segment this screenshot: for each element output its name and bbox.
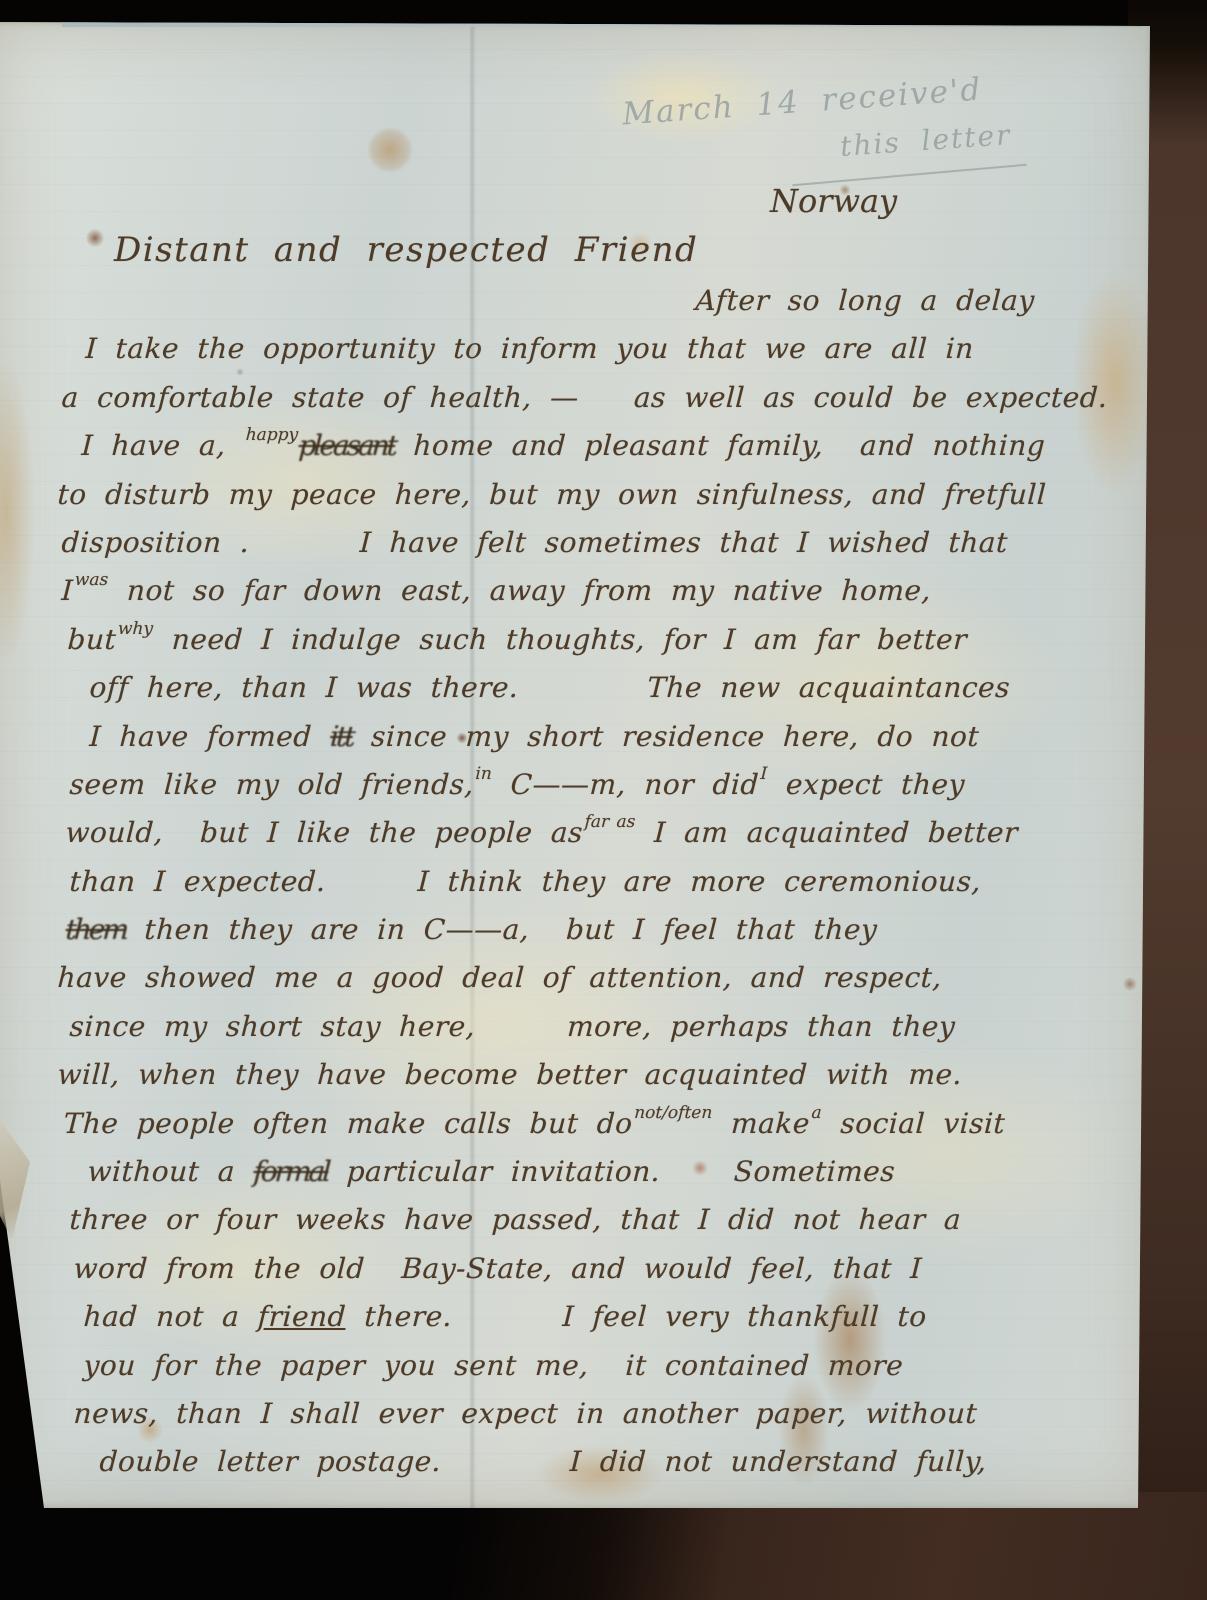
letter-line: news, than I shall ever expect in anothe… xyxy=(54,1397,1117,1445)
inserted-word: I xyxy=(760,764,768,784)
letter-line: word from the old Bay-State, and would f… xyxy=(54,1252,1117,1300)
letter-line: have showed me a good deal of attention,… xyxy=(54,961,1117,1009)
text-run: seem like my old friends, xyxy=(69,768,475,801)
text-run: not so far down east, away from my nativ… xyxy=(108,574,932,607)
letter-line: butwhy need I indulge such thoughts, for… xyxy=(54,623,1117,671)
inserted-word: was xyxy=(74,570,108,590)
text-run: I xyxy=(61,574,74,607)
inserted-word: happy xyxy=(245,425,299,445)
text-run: you for the paper you sent me, it contai… xyxy=(83,1349,904,1382)
text-run: I have a, xyxy=(81,429,245,462)
text-run: than I expected. I think they are more c… xyxy=(69,865,982,898)
letter-line: off here, than I was there. The new acqu… xyxy=(54,671,1117,719)
text-run: expect they xyxy=(767,768,966,801)
text-run: I take the opportunity to inform you tha… xyxy=(85,332,975,365)
text-run: news, than I shall ever expect in anothe… xyxy=(73,1397,978,1430)
letter-line: would, but I like the people asfar as I … xyxy=(54,816,1117,864)
text-run: have showed me a good deal of attention,… xyxy=(57,961,943,994)
letter-line: I have formed itt since my short residen… xyxy=(54,720,1117,768)
underlined-word: friend xyxy=(257,1300,347,1333)
photo-of-letter: March 14 receive'd this letter Norway Di… xyxy=(0,0,1207,1600)
text-run: had not a xyxy=(83,1300,259,1333)
letter-line: The people often make calls but donot/of… xyxy=(54,1107,1117,1155)
text-run: would, but I like the people as xyxy=(65,816,584,849)
text-run: need I indulge such thoughts, for I am f… xyxy=(153,623,968,656)
text-run: without a xyxy=(87,1155,255,1188)
letter-line: Iwas not so far down east, away from my … xyxy=(54,574,1117,622)
letter-opening-line: After so long a delay xyxy=(54,284,1117,332)
inserted-word: not/often xyxy=(634,1103,713,1123)
letter-line: without a formal particular invitation. … xyxy=(54,1155,1117,1203)
scribbled-out-word: formal xyxy=(253,1155,330,1188)
letter-line: a comfortable state of health, — as well… xyxy=(54,381,1117,429)
letter-paper: March 14 receive'd this letter Norway Di… xyxy=(0,22,1152,1508)
scribbled-out-word: them xyxy=(65,913,127,946)
text-run: double letter postage. I did not underst… xyxy=(99,1445,988,1478)
letter-salutation: Distant and respected Friend xyxy=(114,230,698,270)
text-run: since my short stay here, more, perhaps … xyxy=(69,1010,956,1043)
text-run: three or four weeks have passed, that I … xyxy=(69,1203,962,1236)
text-run: The people often make calls but do xyxy=(63,1107,634,1140)
letter-body: After so long a delay I take the opportu… xyxy=(54,284,1114,1494)
text-run: since my short residence here, do not xyxy=(352,720,980,753)
letter-line: to disturb my peace here, but my own sin… xyxy=(54,478,1117,526)
text-run: a comfortable state of health, — as well… xyxy=(61,381,1109,414)
inserted-word: in xyxy=(475,764,492,784)
text-run: will, when they have become better acqua… xyxy=(57,1058,963,1091)
text-run: C——m, nor did xyxy=(491,768,759,801)
letter-line: had not a friend there. I feel very than… xyxy=(54,1300,1117,1348)
letter-line: you for the paper you sent me, it contai… xyxy=(54,1349,1117,1397)
text-run: make xyxy=(712,1107,811,1140)
letter-line: three or four weeks have passed, that I … xyxy=(54,1203,1117,1251)
text-run: social visit xyxy=(821,1107,1006,1140)
letter-line: double letter postage. I did not underst… xyxy=(54,1445,1117,1493)
scribbled-out-word: itt xyxy=(329,720,353,753)
pencil-annotation-line-2: this letter xyxy=(839,118,1012,163)
text-run: to disturb my peace here, but my own sin… xyxy=(57,478,1047,511)
text-run: particular invitation. Sometimes xyxy=(327,1155,896,1188)
text-run: word from the old Bay-State, and would f… xyxy=(73,1252,923,1285)
letter-line: than I expected. I think they are more c… xyxy=(54,865,1117,913)
text-run: I am acquainted better xyxy=(635,816,1019,849)
text-run: off here, than I was there. The new acqu… xyxy=(89,671,1011,704)
letter-line: them then they are in C——a, but I feel t… xyxy=(54,913,1117,961)
text-run: disposition . I have felt sometimes that… xyxy=(61,526,1009,559)
letter-line: disposition . I have felt sometimes that… xyxy=(54,526,1117,574)
inserted-word: a xyxy=(811,1103,822,1123)
letter-line: I take the opportunity to inform you tha… xyxy=(54,332,1117,380)
text-run: I have formed xyxy=(89,720,331,753)
inserted-word: why xyxy=(117,619,153,639)
text-run: but xyxy=(67,623,117,656)
text-run: there. I feel very thankfull to xyxy=(345,1300,927,1333)
letter-line: will, when they have become better acqua… xyxy=(54,1058,1117,1106)
letter-line: since my short stay here, more, perhaps … xyxy=(54,1010,1117,1058)
letter-place: Norway xyxy=(770,182,897,220)
text-run: home and pleasant family, and nothing xyxy=(394,429,1046,462)
letter-line: I have a, happypleasant home and pleasan… xyxy=(54,429,1117,477)
text-run: then they are in C——a, but I feel that t… xyxy=(125,913,878,946)
backdrop-bottom xyxy=(0,1492,1207,1600)
scribbled-out-word: pleasant xyxy=(298,429,396,462)
inserted-word: far as xyxy=(584,812,636,832)
letter-line: seem like my old friends,in C——m, nor di… xyxy=(54,768,1117,816)
